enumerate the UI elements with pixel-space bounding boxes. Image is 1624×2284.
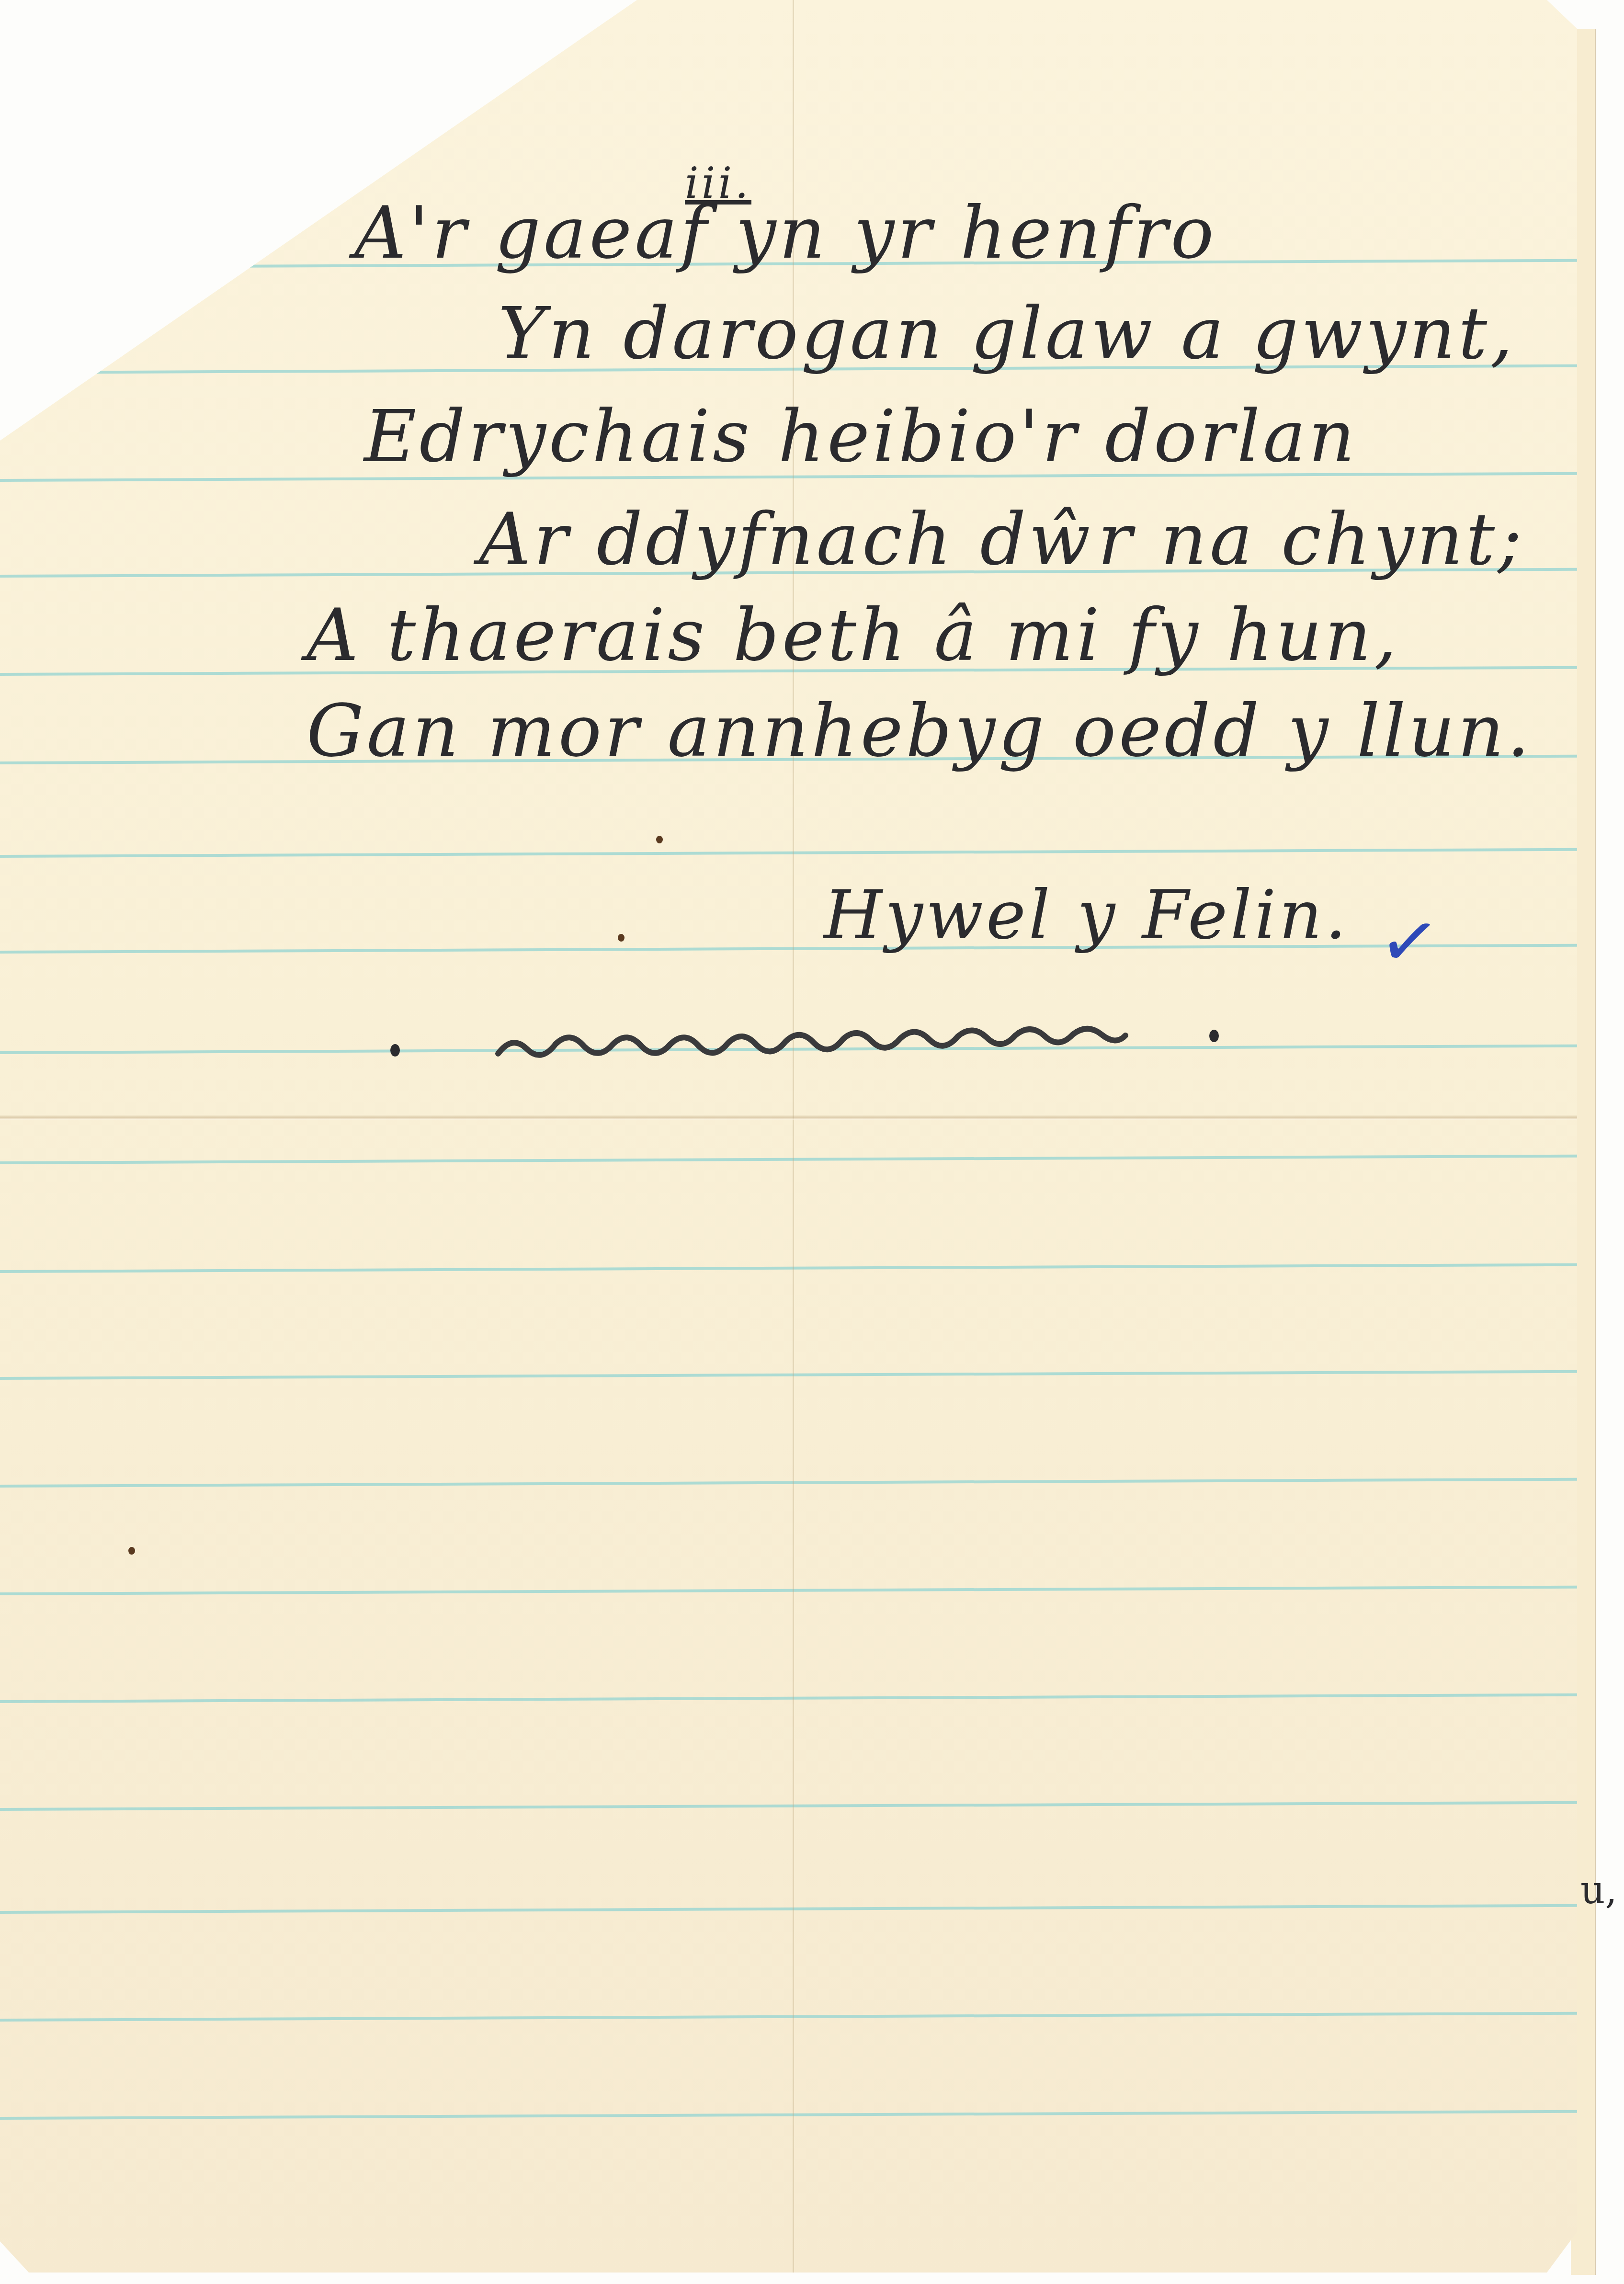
flourish-squiggle-icon bbox=[493, 1025, 1164, 1063]
ink-speck bbox=[618, 934, 625, 942]
poem-line-3: Edrychais heibio'r dorlan bbox=[364, 395, 1358, 478]
poem-line-4: Ar ddyfnach dŵr na chynt; bbox=[479, 498, 1525, 581]
rule-line bbox=[0, 1478, 1577, 1488]
horizontal-fold-crease bbox=[0, 1115, 1577, 1120]
rule-line bbox=[0, 2012, 1577, 2022]
poem-line-1: A'r gaeaf yn yr henfro bbox=[354, 192, 1216, 275]
poem-line-2: Yn darogan glaw a gwynt, bbox=[498, 292, 1516, 375]
paper-sheet: iii. A'r gaeaf yn yr henfro Yn darogan g… bbox=[0, 0, 1577, 2273]
poem-line-5: A thaerais beth â mi fy hun, bbox=[307, 594, 1400, 677]
rule-line bbox=[0, 1586, 1577, 1595]
edge-fragment-text: u, bbox=[1580, 1868, 1617, 1912]
signature: Hywel y Felin. bbox=[824, 876, 1349, 955]
rule-line bbox=[0, 848, 1577, 858]
rule-line bbox=[0, 1155, 1577, 1164]
rule-line bbox=[0, 1801, 1577, 1811]
poem-line-6: Gan mor annhebyg oedd y llun. bbox=[307, 690, 1533, 773]
rule-line bbox=[0, 1263, 1577, 1273]
rule-line bbox=[0, 1693, 1577, 1703]
rule-line bbox=[0, 2110, 1577, 2120]
check-mark-icon: ✓ bbox=[1374, 897, 1445, 988]
flourish-dot-left bbox=[390, 1044, 400, 1057]
ink-speck bbox=[128, 1547, 135, 1555]
flourish-dot-right bbox=[1209, 1030, 1219, 1042]
rule-line bbox=[0, 1370, 1577, 1380]
ink-speck bbox=[656, 836, 663, 843]
rule-line bbox=[0, 1904, 1577, 1914]
